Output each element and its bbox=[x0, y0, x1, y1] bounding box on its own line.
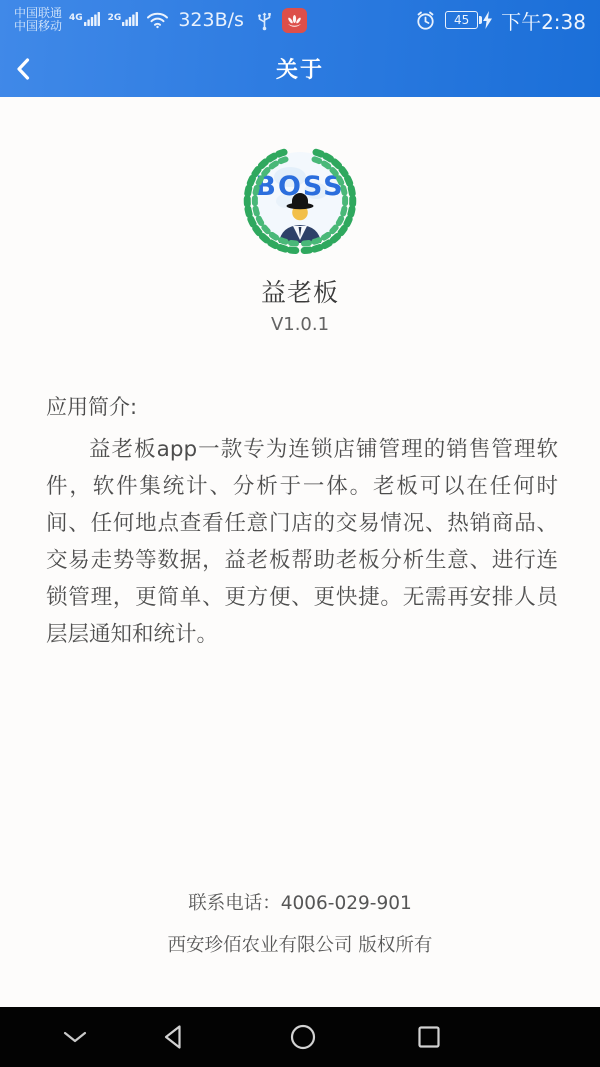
network-speed: 323B/s bbox=[178, 9, 244, 31]
android-back-button[interactable] bbox=[163, 1024, 183, 1050]
charging-bolt-icon bbox=[482, 11, 493, 29]
signal-bars-icon bbox=[122, 10, 139, 31]
sim2-signal: 2G bbox=[108, 10, 140, 31]
hide-navbar-button[interactable] bbox=[62, 1030, 88, 1044]
chevron-down-icon bbox=[62, 1030, 88, 1044]
notification-app-icon bbox=[282, 8, 307, 33]
page-title: 关于 bbox=[276, 53, 324, 84]
app-version: V1.0.1 bbox=[271, 314, 329, 335]
android-recents-button[interactable] bbox=[417, 1025, 441, 1049]
square-icon bbox=[417, 1025, 441, 1049]
title-bar: 关于 bbox=[0, 40, 600, 97]
clock-time: 下午2:38 bbox=[501, 6, 586, 35]
android-nav-bar bbox=[0, 1007, 600, 1067]
app-logo: BOSS bbox=[238, 139, 362, 261]
battery-percent: 45 bbox=[445, 11, 478, 29]
phone-screen: 中国联通 中国移动 4G 2G bbox=[0, 0, 600, 1067]
usb-icon bbox=[257, 9, 272, 31]
android-home-button[interactable] bbox=[290, 1024, 316, 1050]
intro-label: 应用简介: bbox=[46, 391, 558, 421]
chevron-left-icon bbox=[16, 57, 30, 81]
back-button[interactable] bbox=[16, 40, 60, 97]
wifi-icon bbox=[146, 11, 169, 29]
copyright-text: 西安珍佰农业有限公司 版权所有 bbox=[168, 931, 433, 957]
carrier-names: 中国联通 中国移动 bbox=[14, 7, 62, 33]
app-header: 中国联通 中国移动 4G 2G bbox=[0, 0, 600, 97]
circle-icon bbox=[290, 1024, 316, 1050]
sim2-network-label: 2G bbox=[108, 13, 122, 23]
contact-phone: 联系电话：4006-029-901 bbox=[168, 889, 433, 915]
battery-icon: 45 bbox=[445, 11, 493, 29]
status-bar: 中国联通 中国移动 4G 2G bbox=[0, 0, 600, 40]
app-name: 益老板 bbox=[261, 273, 339, 309]
carrier-line2: 中国移动 bbox=[14, 20, 62, 33]
triangle-left-icon bbox=[163, 1024, 183, 1050]
sim1-network-label: 4G bbox=[69, 13, 83, 23]
logo-boss-text: BOSS bbox=[255, 171, 344, 202]
status-bar-right: 45 下午2:38 bbox=[408, 6, 586, 35]
signal-bars-icon bbox=[84, 10, 101, 31]
alarm-clock-icon bbox=[415, 10, 436, 31]
sim1-signal: 4G bbox=[69, 10, 101, 31]
footer: 联系电话：4006-029-901 西安珍佰农业有限公司 版权所有 bbox=[168, 889, 433, 957]
about-page: BOSS 益老板 V1.0.1 应用简介: 益老板app一款专为连锁店铺管理的销… bbox=[0, 97, 600, 1007]
intro-section: 应用简介: 益老板app一款专为连锁店铺管理的销售管理软件，软件集统计、分析于一… bbox=[0, 391, 600, 653]
intro-text: 益老板app一款专为连锁店铺管理的销售管理软件，软件集统计、分析于一体。老板可以… bbox=[46, 431, 558, 653]
